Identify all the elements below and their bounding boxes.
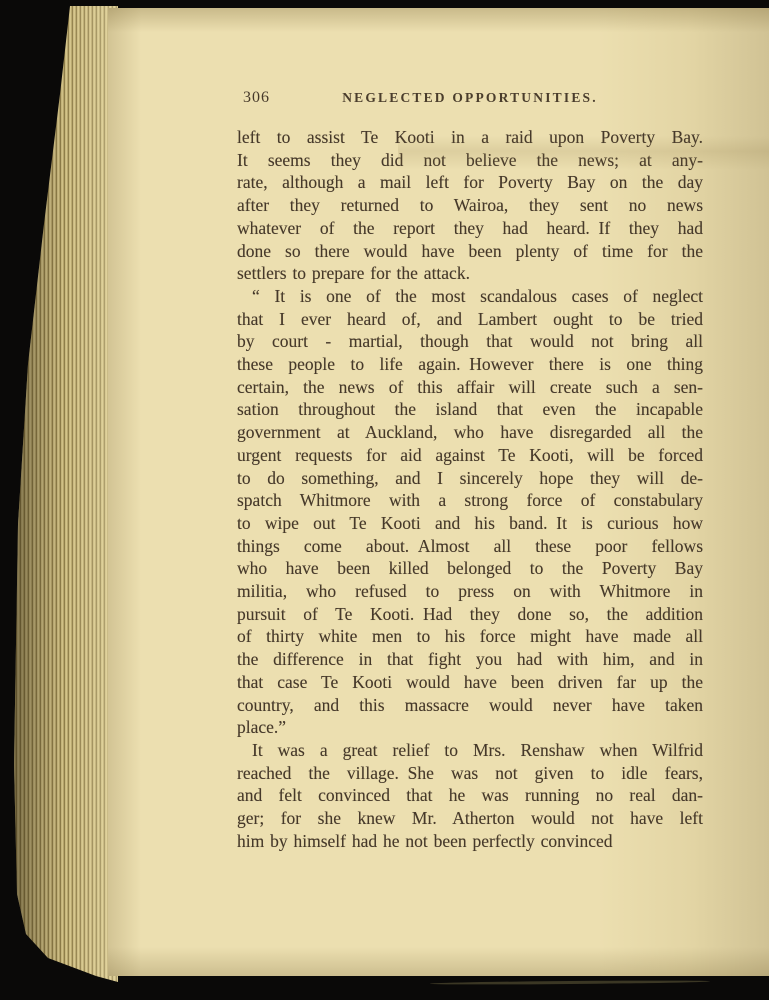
text-line: pursuit of Te Kooti. Had they done so, t… (237, 603, 703, 626)
text-line: urgent requests for aid against Te Kooti… (237, 444, 703, 467)
page-text: left to assist Te Kooti in a raid upon P… (237, 126, 703, 853)
text-line: him by himself had he not been perfectly… (237, 830, 703, 853)
text-line: by court - martial, though that would no… (237, 330, 703, 353)
text-line: and felt convinced that he was running n… (237, 784, 703, 807)
text-line: these people to life again. However ther… (237, 353, 703, 376)
text-line: reached the village. She was not given t… (237, 762, 703, 785)
page-bottom-edge-glint (430, 980, 710, 985)
text-line: to do something, and I sincerely hope th… (237, 467, 703, 490)
text-line: settlers to prepare for the attack. (237, 262, 703, 285)
text-line: after they returned to Wairoa, they sent… (237, 194, 703, 217)
text-line: done so there would have been plenty of … (237, 240, 703, 263)
text-line: government at Auckland, who have disrega… (237, 421, 703, 444)
text-line: that I ever heard of, and Lambert ought … (237, 308, 703, 331)
book-scan: 306 NEGLECTED OPPORTUNITIES. left to ass… (0, 0, 769, 1000)
text-line: whatever of the report they had heard. I… (237, 217, 703, 240)
text-line: left to assist Te Kooti in a raid upon P… (237, 126, 703, 149)
text-line: things come about. Almost all these poor… (237, 535, 703, 558)
text-line: It seems they did not believe the news; … (237, 149, 703, 172)
running-header-title: NEGLECTED OPPORTUNITIES. (237, 88, 703, 108)
text-line: country, and this massacre would never h… (237, 694, 703, 717)
text-line: to wipe out Te Kooti and his band. It is… (237, 512, 703, 535)
text-line: place.” (237, 716, 703, 739)
text-line: militia, who refused to press on with Wh… (237, 580, 703, 603)
text-line: the difference in that fight you had wit… (237, 648, 703, 671)
text-line: of thirty white men to his force might h… (237, 625, 703, 648)
book-page: 306 NEGLECTED OPPORTUNITIES. left to ass… (108, 8, 769, 976)
text-line: who have been killed belonged to the Pov… (237, 557, 703, 580)
page-number: 306 (243, 88, 270, 108)
text-line: rate, although a mail left for Poverty B… (237, 171, 703, 194)
text-line: spatch Whitmore with a strong force of c… (237, 489, 703, 512)
text-line: certain, the news of this affair will cr… (237, 376, 703, 399)
running-header: 306 NEGLECTED OPPORTUNITIES. (237, 88, 703, 108)
text-line: ger; for she knew Mr. Atherton would not… (237, 807, 703, 830)
text-line: “ It is one of the most scandalous cases… (237, 285, 703, 308)
page-text-block: 306 NEGLECTED OPPORTUNITIES. left to ass… (237, 88, 703, 853)
text-line: that case Te Kooti would have been drive… (237, 671, 703, 694)
text-line: sation throughout the island that even t… (237, 398, 703, 421)
text-line: It was a great relief to Mrs. Renshaw wh… (237, 739, 703, 762)
